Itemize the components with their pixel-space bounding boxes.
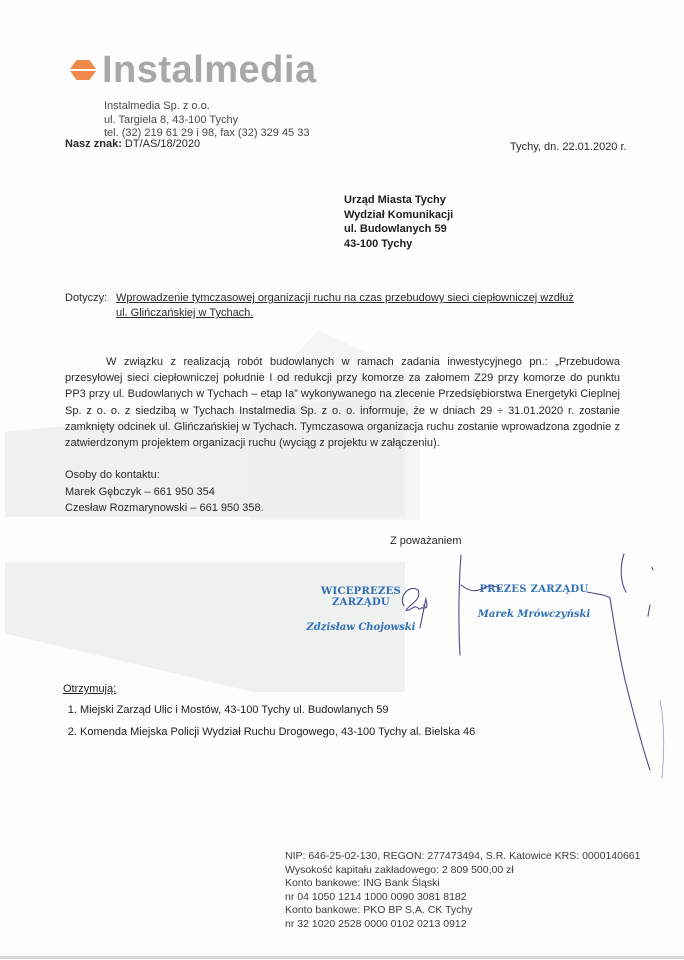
subject-label: Dotyczy: <box>65 291 107 306</box>
stamp-president: PREZES ZARZĄDU Marek Mrówczyński <box>476 584 592 620</box>
company-logo: Instalmedia <box>70 50 317 90</box>
addressee-line: ul. Budowlanych 59 <box>344 222 453 237</box>
brand-name: Instalmedia <box>102 50 317 90</box>
stamp-vice-president: WICEPREZES ZARZĄDU Zdzisław Chojowski <box>297 586 425 633</box>
stamp-name: Marek Mrówczyński <box>476 609 592 620</box>
stamp-title: WICEPREZES ZARZĄDU <box>297 586 425 608</box>
contact-person: Marek Gębczyk – 661 950 354 <box>65 484 264 501</box>
letter-page: Instalmedia Instalmedia Sp. z o.o. ul. T… <box>0 0 684 960</box>
stamp-title: PREZES ZARZĄDU <box>476 584 592 595</box>
addressee-line: 43-100 Tychy <box>344 237 453 252</box>
recipients-list: Miejski Zarząd Ulic i Mostów, 43-100 Tyc… <box>63 704 475 739</box>
closing-salutation: Z poważaniem <box>390 535 462 547</box>
contact-person: Czesław Rozmarynowski – 661 950 358. <box>65 500 264 517</box>
footer-line: nr 04 1050 1214 1000 0090 3081 8182 <box>285 891 640 905</box>
company-line: Instalmedia Sp. z o.o. <box>104 100 309 114</box>
stamp-name: Zdzisław Chojowski <box>297 622 425 633</box>
reference-label: Nasz znak: <box>65 138 122 150</box>
subject-text-line: Wprowadzenie tymczasowej organizacji ruc… <box>116 291 536 306</box>
addressee-block: Urząd Miasta Tychy Wydział Komunikacji u… <box>344 193 453 251</box>
double-chevron-logo-icon <box>70 59 96 81</box>
addressee-line: Wydział Komunikacji <box>344 208 453 223</box>
recipients-block: Otrzymują: Miejski Zarząd Ulic i Mostów,… <box>63 683 475 739</box>
company-line: ul. Targiela 8, 43-100 Tychy <box>104 114 309 128</box>
footer-line: NIP: 646-25-02-130, REGON: 277473494, S.… <box>285 850 640 864</box>
reference-value: DT/AS/18/2020 <box>125 138 200 150</box>
company-address: Instalmedia Sp. z o.o. ul. Targiela 8, 4… <box>104 100 309 141</box>
footer-line: nr 32 1020 2528 0000 0102 0213 0912 <box>285 918 640 932</box>
letter-body: W związku z realizacją robót budowlanych… <box>65 354 620 451</box>
footer-line: Konto bankowe: ING Bank Śląski <box>285 877 640 891</box>
addressee-line: Urząd Miasta Tychy <box>344 193 453 208</box>
footer-line: Wysokość kapitału zakładowego: 2 809 500… <box>285 864 640 878</box>
recipients-label: Otrzymują: <box>63 683 475 695</box>
recipient-item: Komenda Miejska Policji Wydział Ruchu Dr… <box>80 726 475 739</box>
contacts-label: Osoby do kontaktu: <box>65 467 264 484</box>
company-footer: NIP: 646-25-02-130, REGON: 277473494, S.… <box>285 850 640 931</box>
subject-text-line: ul. Glińczańskiej w Tychach. <box>116 306 536 321</box>
letter-date: Tychy, dn. 22.01.2020 r. <box>510 141 627 153</box>
recipient-item: Miejski Zarząd Ulic i Mostów, 43-100 Tyc… <box>80 704 475 717</box>
subject-text: Wprowadzenie tymczasowej organizacji ruc… <box>116 291 536 321</box>
reference-number: Nasz znak: DT/AS/18/2020 <box>65 138 200 150</box>
footer-line: Konto bankowe: PKO BP S.A. CK Tychy <box>285 904 640 918</box>
page-edge <box>0 956 684 959</box>
contacts-block: Osoby do kontaktu: Marek Gębczyk – 661 9… <box>65 467 264 517</box>
